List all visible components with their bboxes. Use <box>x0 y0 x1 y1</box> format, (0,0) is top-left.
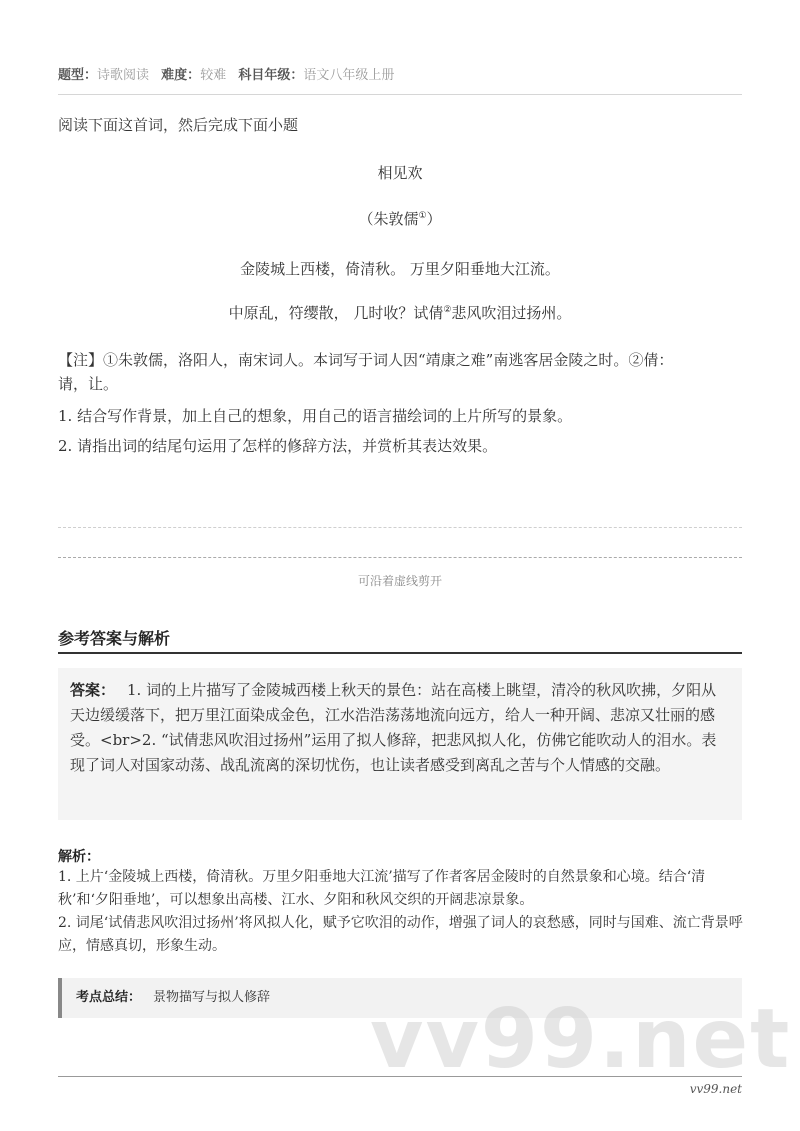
question-meta: 题型：诗歌阅读 难度：较难 科目年级：语文八年级上册 <box>58 64 394 83</box>
question-2: 2. 请指出词的结尾句运用了怎样的修辞方法，并赏析其表达效果。 <box>58 435 497 456</box>
author-close: ） <box>427 210 442 228</box>
poem-note: 【注】①朱敦儒，洛阳人，南宋词人。本词写于词人因“靖康之难”南逃客居金陵之时。②… <box>58 348 678 396</box>
answer-text: 1. 词的上片描写了金陵城西楼上秋天的景色：站在高楼上眺望，清冷的秋风吹拂，夕阳… <box>70 681 716 774</box>
poem-line-2-a: 中原乱，符缨散， 几时收？试倩 <box>229 304 444 322</box>
poem-author: （朱敦儒①） <box>0 208 800 229</box>
grade-value: 语文八年级上册 <box>303 68 394 83</box>
summary-label: 考点总结： <box>76 990 141 1005</box>
footer-site: vv99.net <box>690 1082 742 1096</box>
answer-section-title: 参考答案与解析 <box>58 626 170 649</box>
analysis-body: 1. 上片‘金陵城上西楼，倚清秋。万里夕阳垂地大江流’描写了作者客居金陵时的自然… <box>58 866 748 958</box>
grade-label: 科目年级： <box>238 68 303 83</box>
footnote-ref-1: ① <box>418 211 426 221</box>
poem-line-1: 金陵城上西楼，倚清秋。 万里夕阳垂地大江流。 <box>0 258 800 279</box>
type-label: 题型： <box>58 68 97 83</box>
cut-line-2 <box>58 557 742 558</box>
poem-title: 相见欢 <box>0 162 800 183</box>
poem-line-2-b: 悲风吹泪过扬州。 <box>451 304 571 322</box>
answer-label: 答案： <box>70 681 115 699</box>
difficulty-value: 较难 <box>200 68 226 83</box>
analysis-point-1: 1. 上片‘金陵城上西楼，倚清秋。万里夕阳垂地大江流’描写了作者客居金陵时的自然… <box>58 866 748 912</box>
answer-section-divider <box>58 652 742 654</box>
header-divider <box>58 94 742 95</box>
cut-line-1 <box>58 527 742 528</box>
answer-box: 答案：1. 词的上片描写了金陵城西楼上秋天的景色：站在高楼上眺望，清冷的秋风吹拂… <box>58 668 742 820</box>
footer-divider <box>58 1076 742 1077</box>
analysis-label: 解析： <box>58 846 100 866</box>
question-intro: 阅读下面这首词，然后完成下面小题 <box>58 114 298 135</box>
difficulty-label: 难度： <box>161 68 200 83</box>
question-1: 1. 结合写作背景，加上自己的想象，用自己的语言描绘词的上片所写的景象。 <box>58 405 572 426</box>
type-value: 诗歌阅读 <box>97 68 149 83</box>
summary-text: 景物描写与拟人修辞 <box>153 990 270 1005</box>
watermark: vv99.net <box>370 992 791 1087</box>
poem-line-2: 中原乱，符缨散， 几时收？试倩②悲风吹泪过扬州。 <box>0 302 800 323</box>
cut-hint: 可沿着虚线剪开 <box>0 572 800 589</box>
author-name: （朱敦儒 <box>358 210 418 228</box>
analysis-point-2: 2. 词尾‘试倩悲风吹泪过扬州’将风拟人化，赋予它吹泪的动作，增强了词人的哀愁感… <box>58 912 748 958</box>
